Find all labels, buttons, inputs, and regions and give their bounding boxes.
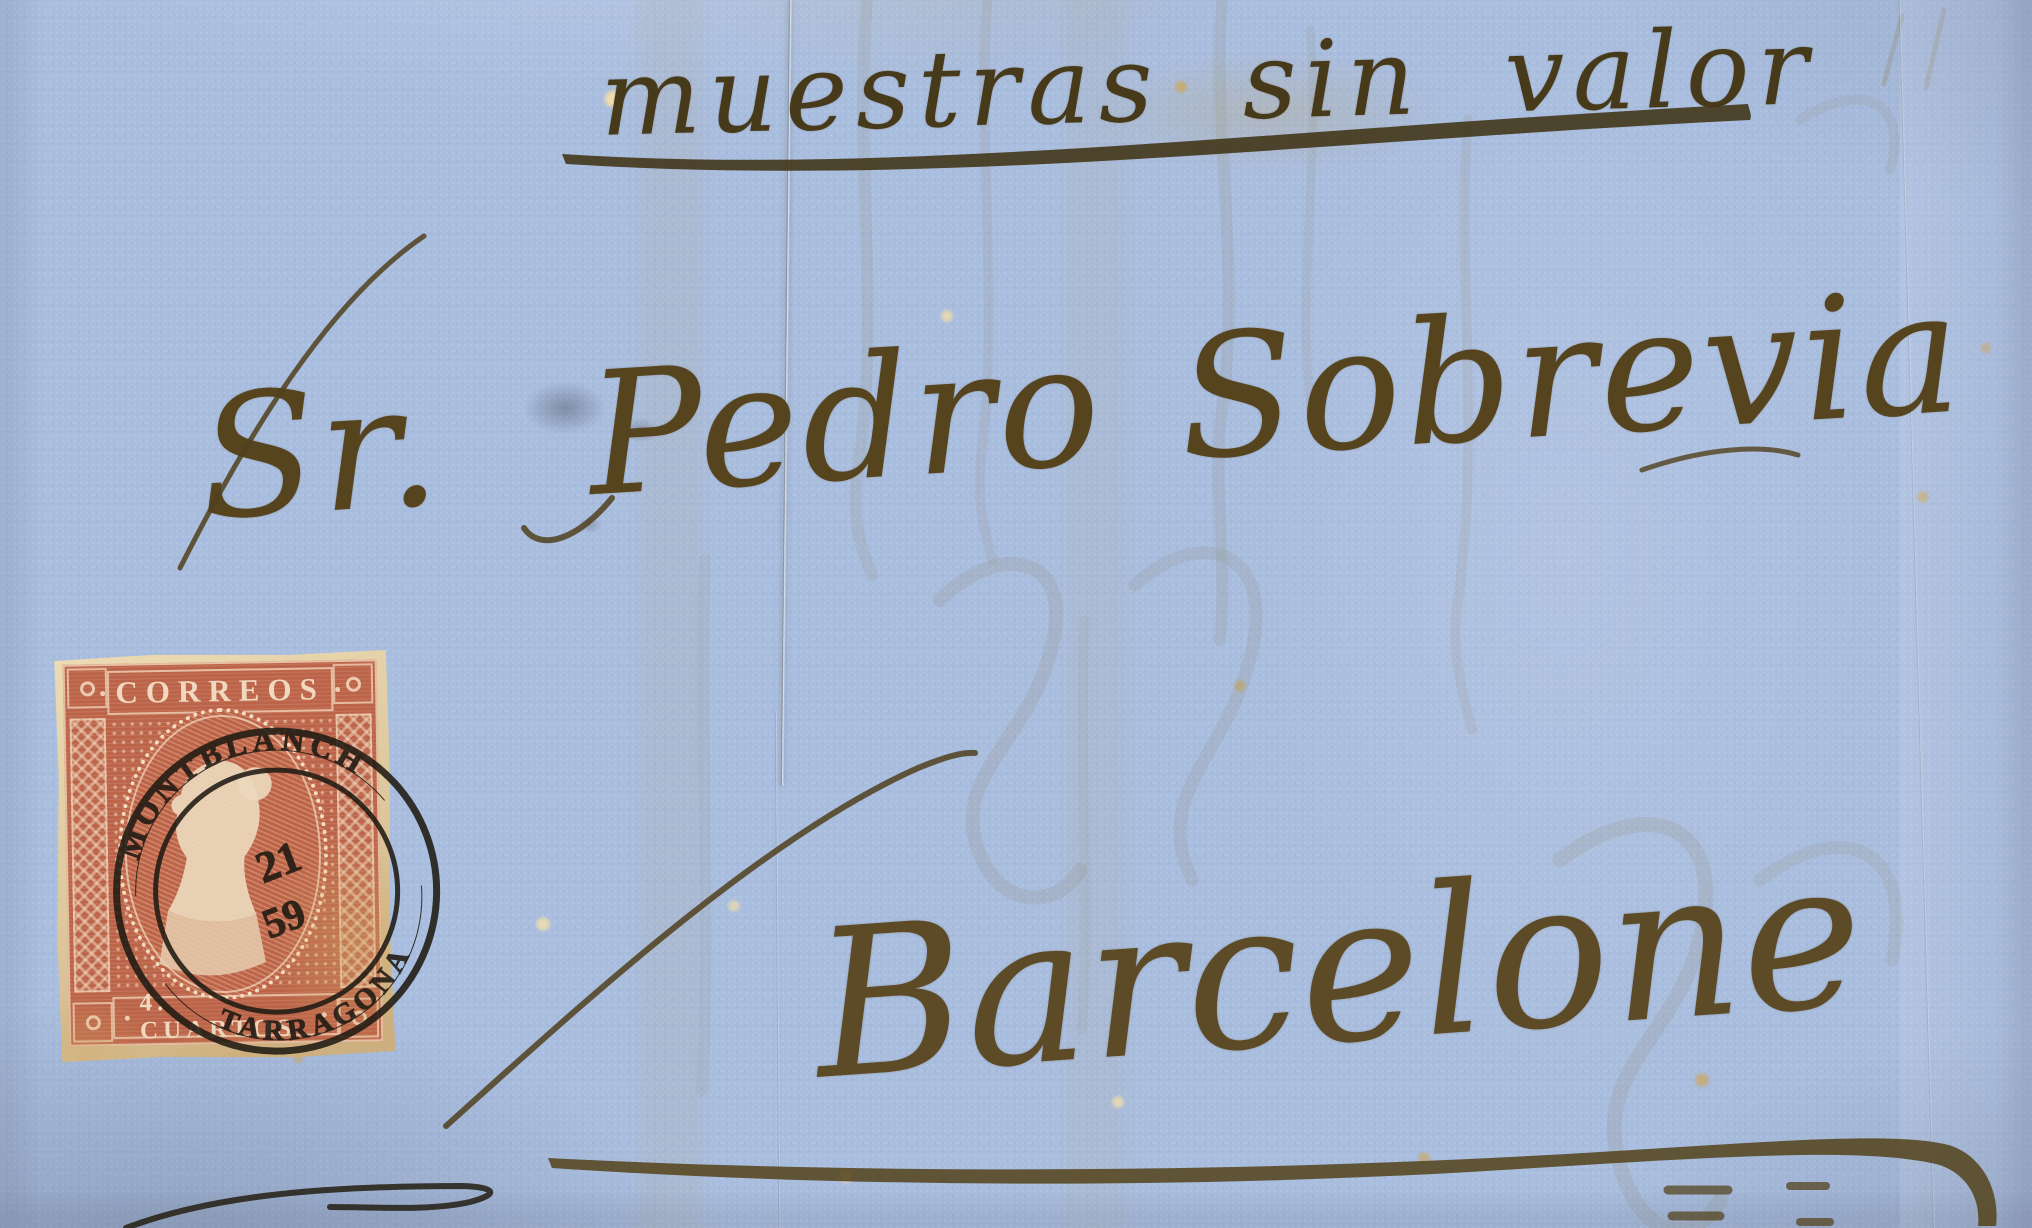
- addressee-honorific: Sr.: [194, 346, 448, 558]
- addressee-first-name: Pedro: [582, 306, 1108, 535]
- postmark-day-text: 21: [249, 831, 308, 893]
- inscription-muestras-sin-valor: muestras sin valor: [599, 14, 1818, 152]
- postmark-year-text: 59: [256, 890, 312, 948]
- postmark-montblanch-tarragona: MONTBLANCH TARRAGONA 21 59: [23, 667, 531, 1116]
- postage-stamp: CORREOS 4. CUARTOS: [52, 649, 395, 1063]
- letter-cover: muestras sin valor Sr. Pedro Sobrevia Ba…: [0, 0, 2032, 1228]
- right-edge-tone: [1900, 0, 2032, 1228]
